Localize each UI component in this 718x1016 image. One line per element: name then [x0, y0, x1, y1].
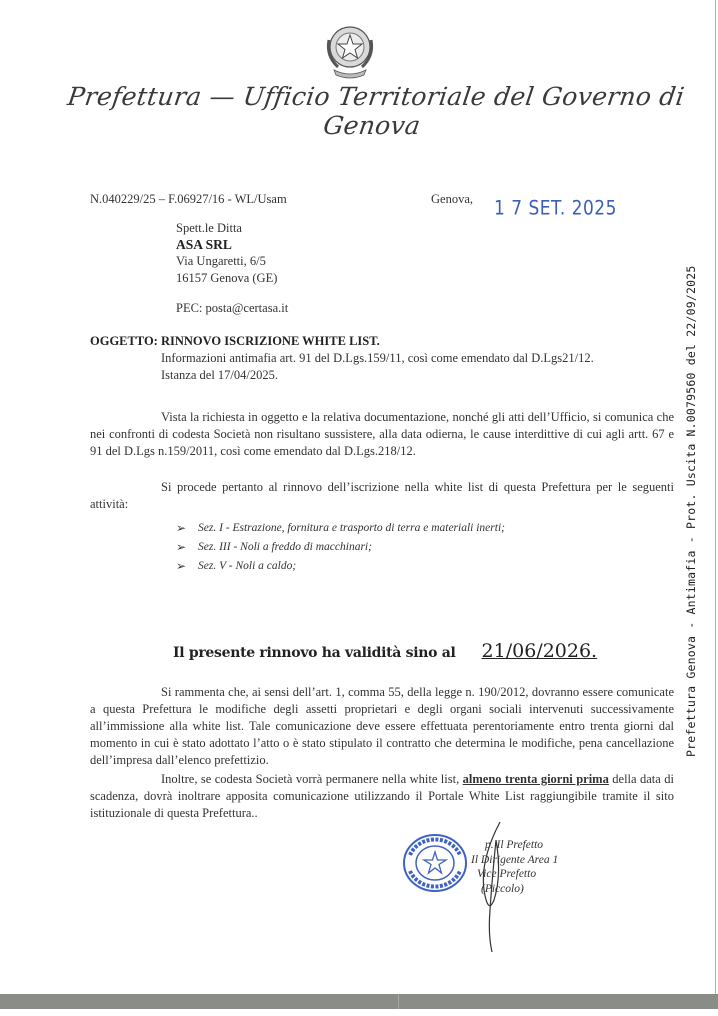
body-paragraph-2: Si procede pertanto al rinnovo dell’iscr…	[90, 479, 674, 513]
paragraph-4-text-before: Inoltre, se codesta Società vorrà perman…	[161, 772, 463, 786]
handwritten-signature-icon	[470, 820, 510, 955]
subject-title: RINNOVO ISCRIZIONE WHITE LIST.	[161, 334, 380, 348]
scan-edge-line	[715, 0, 716, 994]
body-paragraph-1: Vista la richiesta in oggetto e la relat…	[90, 409, 674, 460]
italian-republic-emblem-icon	[320, 20, 380, 82]
recipient-address-line2: 16157 Genova (GE)	[176, 270, 288, 287]
subject-line1: Informazioni antimafia art. 91 del D.Lgs…	[161, 350, 594, 367]
ufficio-territoriale-governo-genova-round-stamp-icon	[402, 833, 468, 893]
validity-statement: Il presente rinnovo ha validità sino al2…	[173, 640, 597, 662]
date-stamp: 1 7 SET. 2025	[494, 197, 617, 220]
validity-date: 21/06/2026.	[482, 640, 598, 662]
list-item: ➢ Sez. V - Noli a caldo;	[176, 557, 505, 576]
activity-text: Sez. V - Noli a caldo;	[198, 557, 296, 576]
validity-label: Il presente rinnovo ha validità sino al	[173, 645, 456, 661]
subject-label: OGGETTO:	[90, 334, 158, 348]
recipient-company: ASA SRL	[176, 237, 288, 254]
paragraph-4-emphasis: almeno trenta giorni prima	[463, 772, 609, 786]
activity-text: Sez. I - Estrazione, fornitura e traspor…	[198, 519, 505, 538]
recipient-salutation: Spett.le Ditta	[176, 220, 288, 237]
paragraph-2-text: Si procede pertanto al rinnovo dell’iscr…	[90, 480, 674, 511]
letterhead-text: Prefettura — Ufficio Territoriale del Go…	[0, 82, 718, 140]
recipient-pec: PEC: posta@certasa.it	[176, 300, 288, 317]
subject-line2: Istanza del 17/04/2025.	[161, 367, 594, 384]
document-page: Prefettura — Ufficio Territoriale del Go…	[0, 0, 718, 1016]
body-paragraph-4: Inoltre, se codesta Società vorrà perman…	[90, 771, 674, 822]
activity-text: Sez. III - Noli a freddo di macchinari;	[198, 538, 372, 557]
arrowhead-bullet-icon: ➢	[176, 538, 198, 557]
paragraph-1-text: Vista la richiesta in oggetto e la relat…	[90, 410, 674, 458]
list-item: ➢ Sez. III - Noli a freddo di macchinari…	[176, 538, 505, 557]
subject-block: OGGETTO: RINNOVO ISCRIZIONE WHITE LIST. …	[90, 333, 594, 384]
recipient-address-line1: Via Ungaretti, 6/5	[176, 253, 288, 270]
paragraph-3-text: Si rammenta che, ai sensi dell’art. 1, c…	[90, 685, 674, 767]
arrowhead-bullet-icon: ➢	[176, 557, 198, 576]
side-protocol-stamp: Prefettura Genova - Antimafia - Prot. Us…	[684, 257, 704, 757]
recipient-block: Spett.le Ditta ASA SRL Via Ungaretti, 6/…	[176, 220, 288, 317]
letterhead: Prefettura — Ufficio Territoriale del Go…	[0, 82, 718, 140]
scan-bottom-bar	[0, 994, 718, 1009]
protocol-number: N.040229/25 – F.06927/16 - WL/Usam	[90, 192, 287, 207]
body-paragraph-3: Si rammenta che, ai sensi dell’art. 1, c…	[90, 684, 674, 769]
arrowhead-bullet-icon: ➢	[176, 519, 198, 538]
city-label: Genova,	[431, 192, 473, 207]
list-item: ➢ Sez. I - Estrazione, fornitura e trasp…	[176, 519, 505, 538]
activities-list: ➢ Sez. I - Estrazione, fornitura e trasp…	[176, 519, 505, 576]
